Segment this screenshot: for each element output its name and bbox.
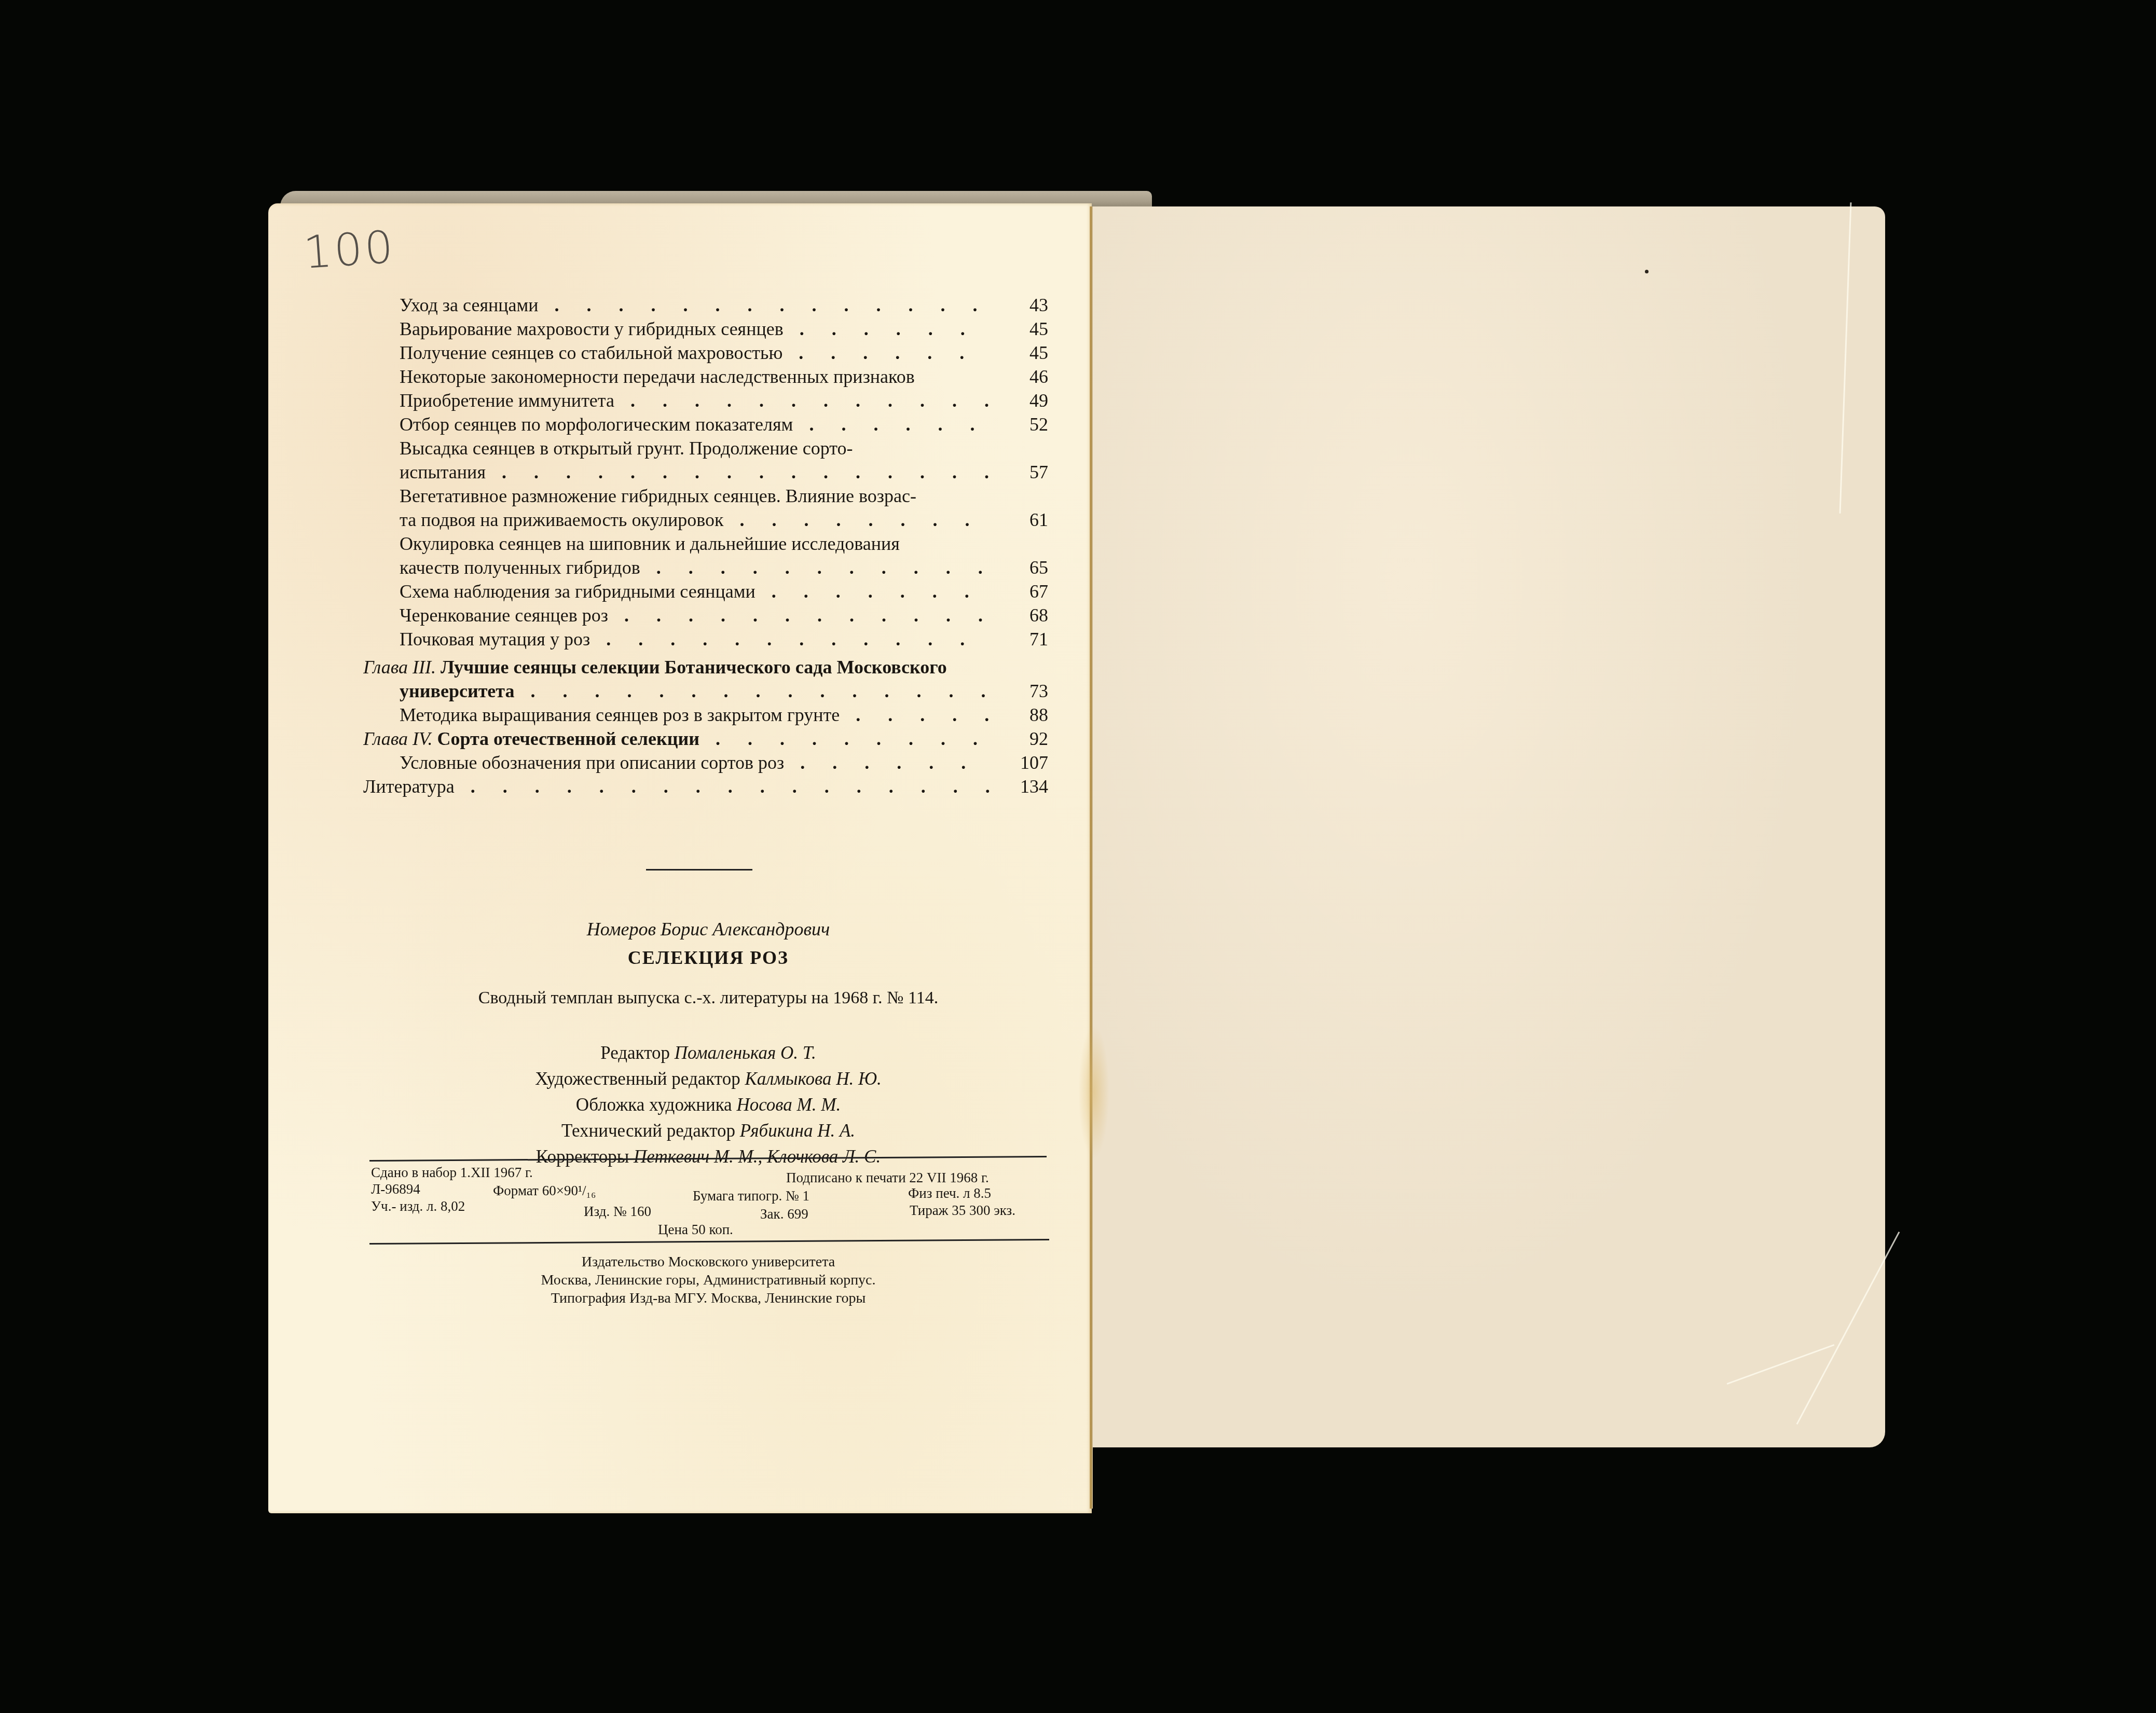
section-divider xyxy=(646,869,752,871)
imprint-license: Л-96894 xyxy=(371,1181,420,1197)
imprint-price: Цена 50 коп. xyxy=(658,1222,733,1238)
toc-entry-continuation: качеств полученных гибридов65 xyxy=(363,556,1053,579)
imprint-acc-sheets: Уч.- изд. л. 8,02 xyxy=(371,1198,465,1214)
publisher-block: Издательство Московского университета Мо… xyxy=(363,1253,1053,1307)
toc-entry: Методика выращивания сеянцев роз в закры… xyxy=(363,703,1053,727)
chapter-label: Глава III. xyxy=(363,657,436,678)
handwritten-page-count: 100 xyxy=(302,221,397,279)
toc-entry-continuation: та подвоя на приживаемость окулировок61 xyxy=(363,508,1053,532)
toc-entry: Приобретение иммунитета49 xyxy=(363,389,1053,412)
right-page-blank xyxy=(1092,206,1885,1447)
table-of-contents: Уход за сеянцами43 Варьирование махровос… xyxy=(363,293,1053,798)
toc-entry-continuation: испытания57 xyxy=(363,460,1053,484)
toc-entry: Схема наблюдения за гибридными сеянцами6… xyxy=(363,579,1053,603)
toc-entry: Варьирование махровости у гибридных сеян… xyxy=(363,317,1053,341)
publisher-line: Типография Изд-ва МГУ. Москва, Ленинские… xyxy=(363,1289,1053,1307)
toc-chapter-4: Глава IV. Сорта отечественной селекции92 xyxy=(363,727,1053,751)
toc-entry: Черенкование сеянцев роз68 xyxy=(363,603,1053,627)
chapter-label: Глава IV. xyxy=(363,728,432,749)
imprint-edition-no: Изд. № 160 xyxy=(584,1204,651,1220)
imprint-paper: Бумага типогр. № 1 xyxy=(693,1188,809,1204)
publisher-line: Издательство Московского университета xyxy=(363,1253,1053,1271)
toc-entry: Вегетативное размножение гибридных сеянц… xyxy=(363,484,1053,508)
imprint-phys-sheets: Физ печ. л 8.5 xyxy=(908,1185,991,1201)
imprint-order: Зак. 699 xyxy=(760,1206,808,1222)
toc-entry: Уход за сеянцами43 xyxy=(363,293,1053,317)
toc-entry: Высадка сеянцев в открытый грунт. Продол… xyxy=(363,436,1053,460)
book-spine xyxy=(1090,206,1093,1509)
toc-entry: Окулировка сеянцев на шиповник и дальней… xyxy=(363,532,1053,556)
book-title: СЕЛЕКЦИЯ РОЗ xyxy=(363,947,1053,969)
spine-stain xyxy=(1078,1025,1109,1159)
credit-line: Художественный редактор Калмыкова Н. Ю. xyxy=(363,1066,1053,1092)
ink-dot xyxy=(1645,270,1649,273)
toc-entry: Условные обозначения при описании сортов… xyxy=(363,751,1053,775)
toc-literature: Литература134 xyxy=(363,775,1053,798)
credit-line: Обложка художника Носова М. М. xyxy=(363,1092,1053,1118)
toc-entry: Некоторые закономерности передачи наслед… xyxy=(363,365,1053,389)
toc-chapter-3: Глава III. Лучшие сеянцы селекции Ботани… xyxy=(363,655,1053,679)
imprint-submitted: Сдано в набор 1.XII 1967 г. xyxy=(371,1165,533,1181)
credit-line: Редактор Помаленькая О. Т. xyxy=(363,1040,1053,1066)
publishing-plan: Сводный темплан выпуска с.-х. литературы… xyxy=(363,988,1053,1008)
credit-line: Технический редактор Рябикина Н. А. xyxy=(363,1118,1053,1144)
imprint-signed: Подписано к печати 22 VII 1968 г. xyxy=(786,1170,989,1186)
chapter-title: Сорта отечественной селекции xyxy=(437,728,699,749)
toc-entry: Отбор сеянцев по морфологическим показат… xyxy=(363,412,1053,436)
toc-chapter-3-continuation: университета73 xyxy=(363,679,1053,703)
chapter-title: Лучшие сеянцы селекции Ботанического сад… xyxy=(441,657,947,678)
author-name: Номеров Борис Александрович xyxy=(363,918,1053,940)
imprint-print-run: Тираж 35 300 экз. xyxy=(910,1203,1015,1219)
toc-entry: Получение сеянцев со стабильной махровос… xyxy=(363,341,1053,365)
imprint-format: Формат 60×90¹/₁₆ xyxy=(493,1183,596,1199)
publisher-line: Москва, Ленинские горы, Административный… xyxy=(363,1271,1053,1289)
credits: Редактор Помаленькая О. Т. Художественны… xyxy=(363,1040,1053,1170)
toc-entry: Почковая мутация у роз71 xyxy=(363,627,1053,651)
